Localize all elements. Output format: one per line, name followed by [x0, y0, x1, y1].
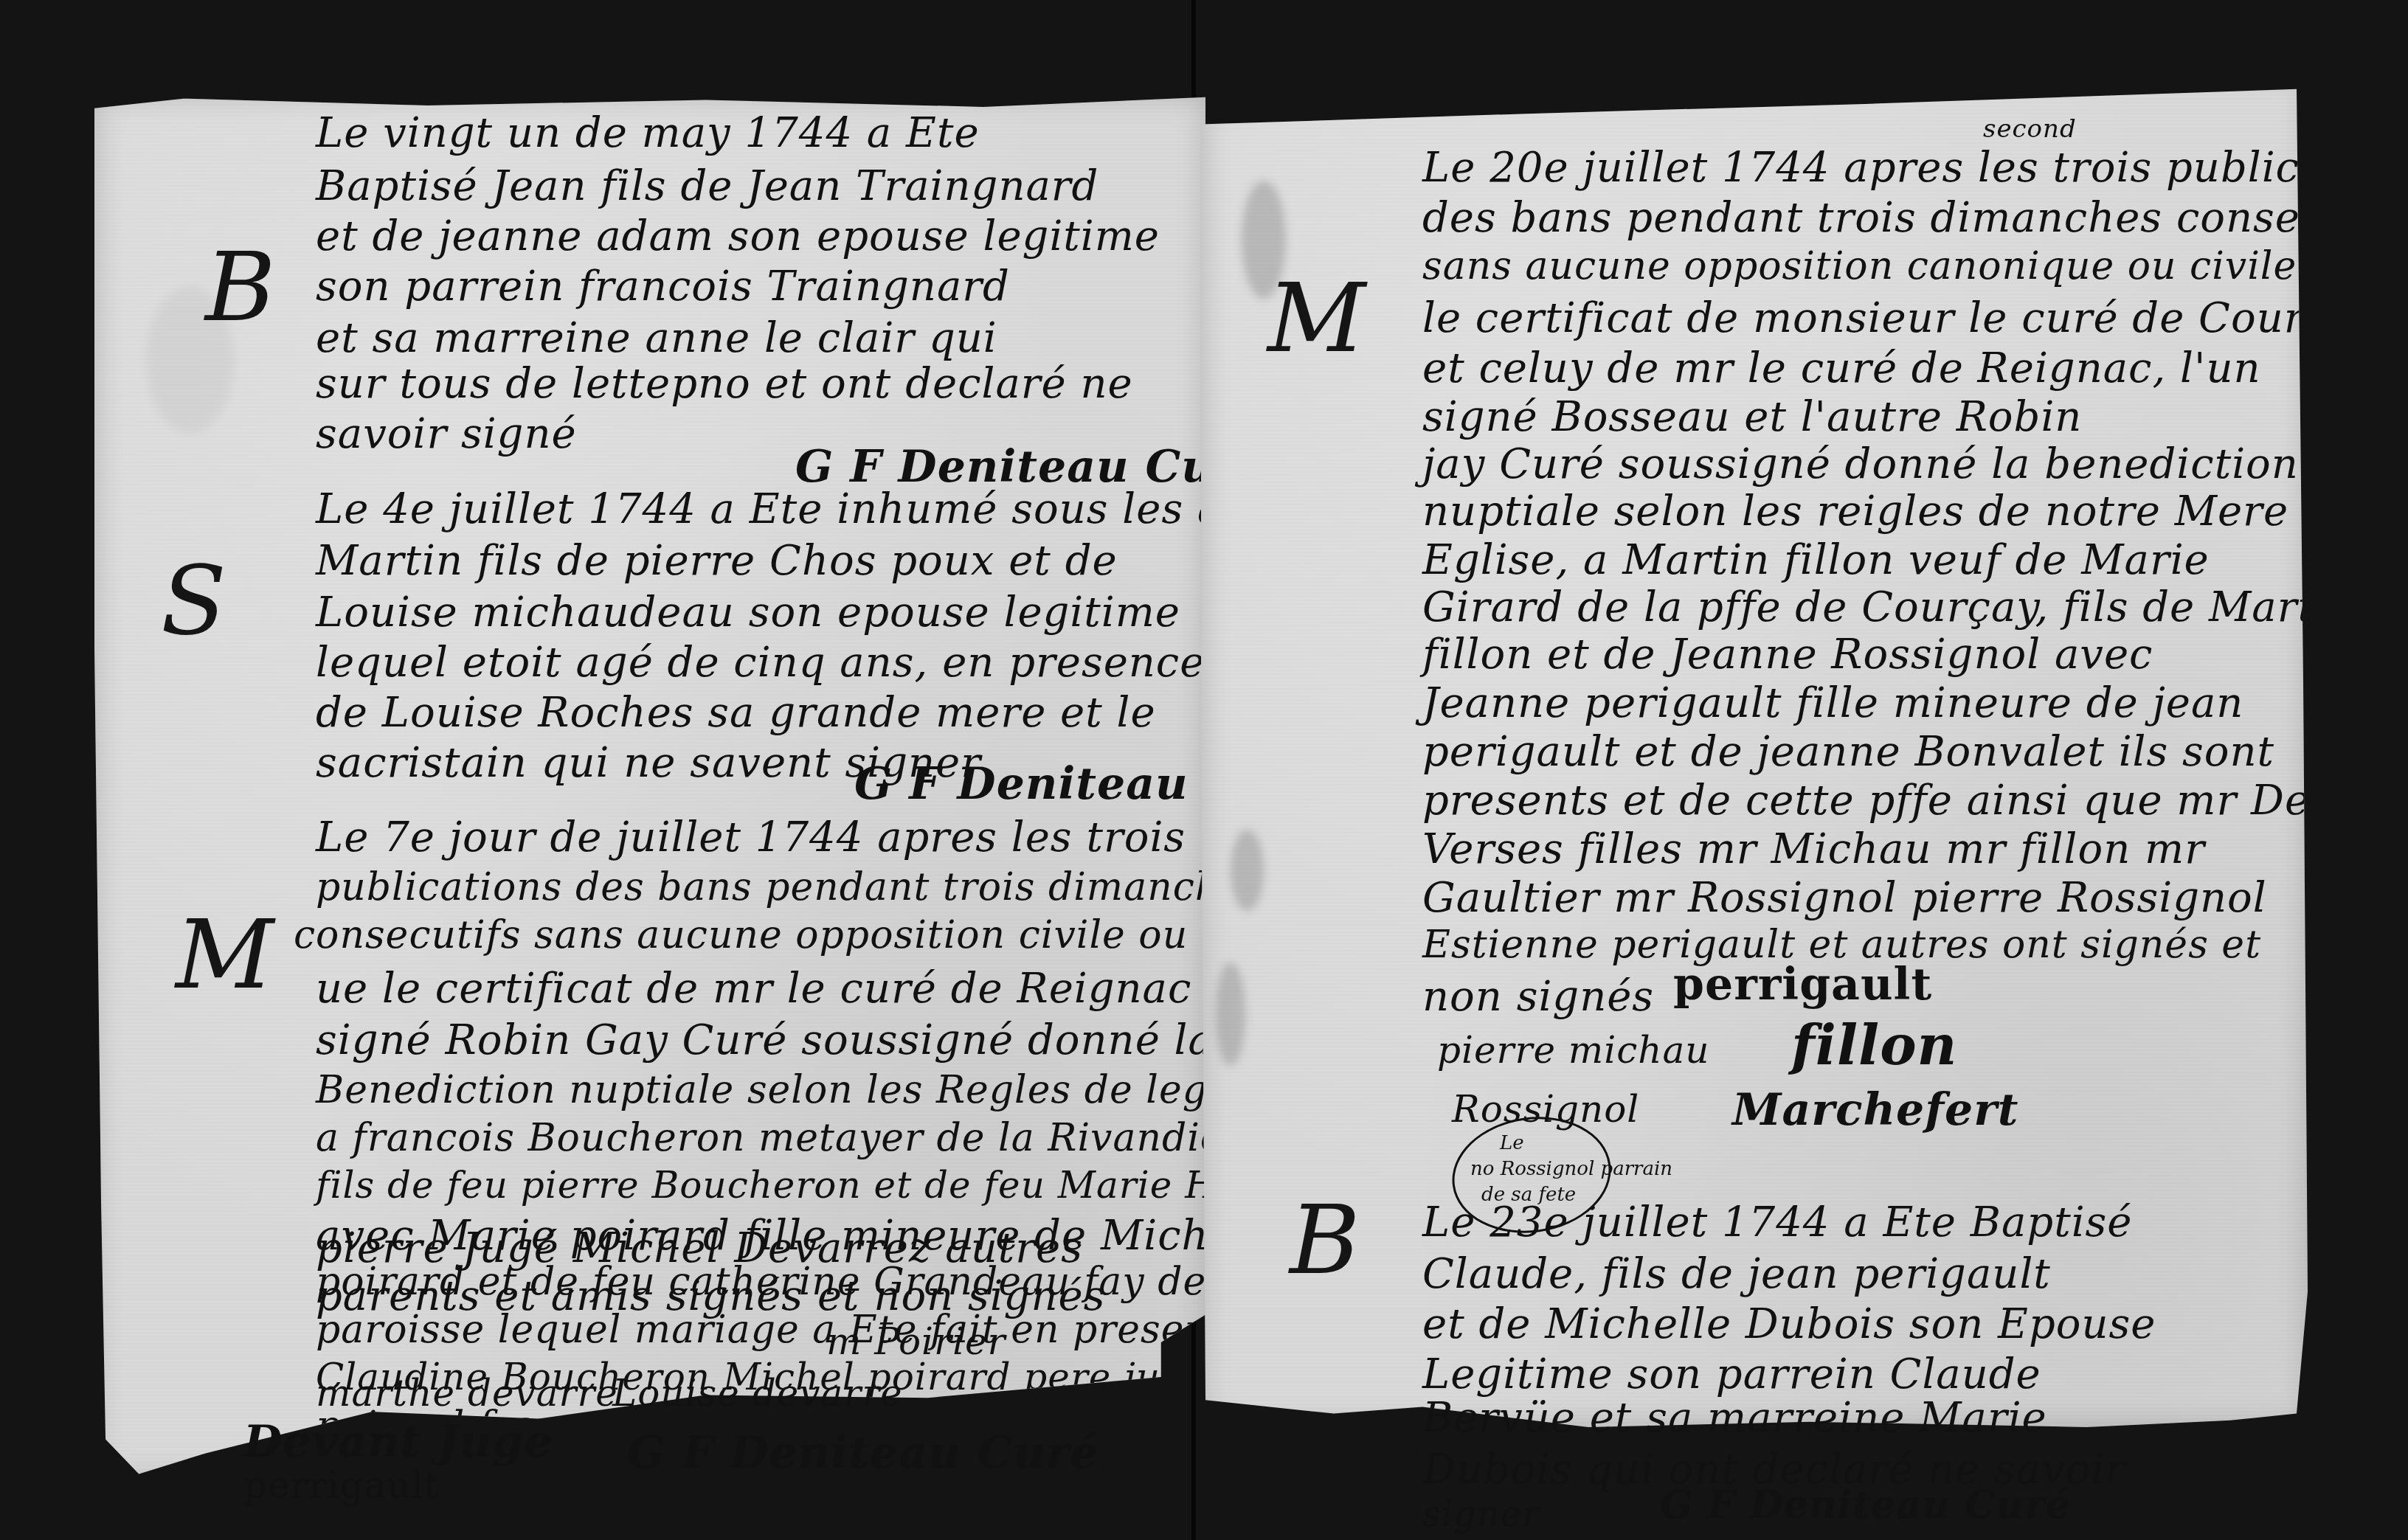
entry-line: nuptiale selon les reigles de notre Mere… — [1422, 488, 2367, 535]
entry-line: son parrein francois Traingnard — [316, 263, 1010, 311]
entry-line: et sa marreine anne le clair qui — [316, 314, 997, 362]
paper-stain — [1231, 830, 1264, 911]
entry-line: perigault et de jeanne Bonvalet ils sont — [1422, 728, 2274, 776]
entry-line: Claude, fils de jean perigault — [1422, 1250, 2051, 1298]
entry-line: lequel etoit agé de cinq ans, en presenc… — [316, 639, 1205, 687]
signature-poirier: m Poirier — [826, 1320, 1006, 1363]
entry-line: fillon et de Jeanne Rossignol avec — [1422, 631, 2153, 679]
entry-line: Girard de la pffe de Courçay, fils de Ma… — [1422, 583, 2356, 631]
entry-line: parents et amis signés et non signés — [316, 1272, 1105, 1320]
entry-line: le certificat de monsieur le curé de Cou… — [1422, 294, 2378, 342]
paper-stain — [1216, 962, 1245, 1066]
entry-line: Gaultier mr Rossignol pierre Rossignol — [1422, 874, 2267, 922]
signature-cure: G F Deniteau Curé — [627, 1427, 1099, 1479]
interlinear-note: second — [1983, 114, 2077, 144]
entry-line: non signés — [1422, 973, 1654, 1021]
signature-perrigault: perrigault — [1673, 959, 1932, 1010]
entry-line: sur tous de lettepno et ont declaré ne — [316, 360, 1133, 408]
margin-mark-marriage: M — [1267, 262, 1366, 374]
entry-line: Legitime son parrein Claude — [1422, 1350, 2041, 1398]
entry-line: a francois Boucheron metayer de la Rivan… — [316, 1116, 1266, 1160]
seal-text: Le — [1500, 1132, 1524, 1154]
entry-line: signé Robin Gay Curé soussigné donné la — [316, 1016, 1214, 1064]
entry-line: sans aucune opposition canonique ou civi… — [1422, 244, 2381, 288]
entry-line: Le 20e juillet 1744 apres les trois publ… — [1422, 144, 2408, 192]
signature-marchefert: Marchefert — [1732, 1084, 2019, 1136]
entry-line: Louise michaudeau son epouse legitime — [316, 589, 1180, 637]
seal-text: no Rossignol parrain — [1470, 1158, 1672, 1180]
entry-line: presents et de cette pffe ainsi que mr D… — [1422, 777, 2387, 825]
entry-line: signé Bosseau et l'autre Robin — [1422, 393, 2082, 441]
entry-line: Martin fils de pierre Chos poux et de — [316, 537, 1118, 585]
entry-line: consecutifs sans aucune opposition civil… — [294, 913, 1360, 957]
entry-line: Bervüe et sa marreine Marie — [1422, 1394, 2047, 1442]
entry-line: Le vingt un de may 1744 a Ete — [316, 109, 980, 157]
margin-mark-baptism: B — [205, 231, 276, 343]
margin-mark-baptism: B — [1290, 1184, 1360, 1296]
entry-line: Le 7e jour de juillet 1744 apres les tro… — [316, 814, 1186, 861]
entry-line: signer — [1422, 1494, 1540, 1535]
entry-line: et celuy de mr le curé de Reignac, l'un — [1422, 344, 2261, 392]
signature-cure: G F Deniteau Curé — [1660, 1482, 2071, 1527]
entry-line: des bans pendant trois dimanches consecu… — [1422, 194, 2408, 242]
entry-line: Baptisé Jean fils de Jean Traingnard — [316, 162, 1099, 210]
entry-line: Benediction nuptiale selon les Regles de… — [316, 1068, 1278, 1112]
signature-michau: pierre michau — [1437, 1029, 1710, 1072]
entry-line: fils de feu pierre Boucheron et de feu M… — [316, 1164, 1333, 1207]
entry-line: et de Michelle Dubois son Epouse — [1422, 1300, 2156, 1348]
signature-juge: Devant Juge — [243, 1416, 553, 1468]
entry-line: Eglise, a Martin fillon veuf de Marie — [1422, 536, 2210, 584]
entry-line: Verses filles mr Michau mr fillon mr — [1422, 825, 2205, 873]
margin-mark-burial: S — [161, 544, 226, 656]
signature-louise: Louise devarre — [612, 1372, 903, 1415]
signature-perrigault: perrigault — [243, 1464, 440, 1507]
signature-marthe: marthe devarre — [316, 1372, 618, 1415]
entry-line: savoir signé — [316, 410, 577, 458]
entry-line: Jeanne perigault fille mineure de jean — [1422, 679, 2243, 727]
entry-line: de Louise Roches sa grande mere et le — [316, 689, 1156, 737]
entry-line: Le 23e juillet 1744 a Ete Baptisé — [1422, 1199, 2132, 1246]
signature-fillon: fillon — [1791, 1014, 1957, 1078]
right-page: M second Le 20e juillet 1744 apres les t… — [1201, 70, 2308, 1427]
entry-line: ue le certificat de mr le curé de Reigna… — [316, 965, 1191, 1013]
entry-line: pierre Jugé Michel Devarrez autres — [316, 1224, 1083, 1272]
entry-line: et de jeanne adam son epouse legitime — [316, 212, 1160, 260]
margin-mark-marriage: M — [176, 898, 274, 1010]
entry-line: jay Curé soussigné donné la benediction — [1422, 440, 2299, 488]
